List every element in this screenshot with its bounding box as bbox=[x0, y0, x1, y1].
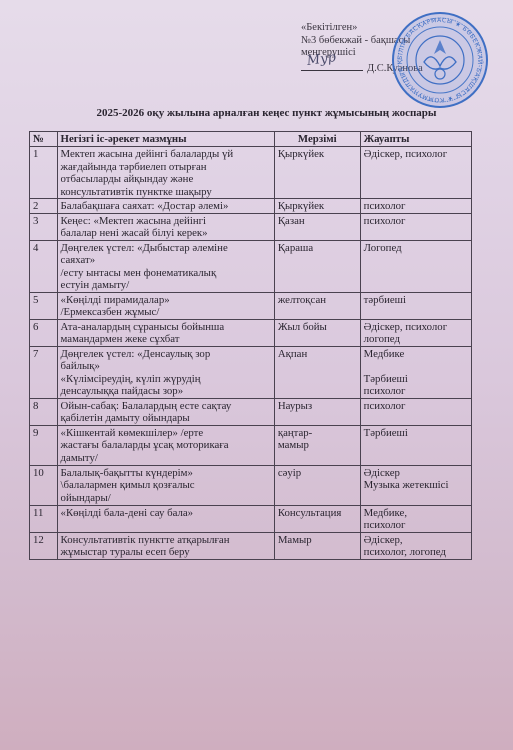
cell-activity-line: отбасыларды айқындау және bbox=[61, 173, 271, 186]
table-row: 7Дөңгелек үстел: «Денсаулық зорбайлық»«К… bbox=[30, 346, 472, 398]
cell-activity-line: «Көңілді пирамидалар» bbox=[61, 294, 271, 307]
cell-activity: «Көңілді бала-дені сау бала» bbox=[57, 505, 274, 532]
cell-activity: Балабақшаға саяхат: «Достар әлемі» bbox=[57, 199, 274, 214]
table-row: 4Дөңгелек үстел: «Дыбыстар әлемінесаяхат… bbox=[30, 240, 472, 292]
cell-term: Наурыз bbox=[274, 398, 360, 425]
cell-activity-line: мамандармен жеке сұхбат bbox=[61, 333, 271, 346]
cell-term-line: Қыркүйек bbox=[278, 200, 357, 213]
cell-activity-line: «Күлімсіреудің, күліп жүрудің bbox=[61, 373, 271, 386]
cell-number: 4 bbox=[30, 240, 58, 292]
cell-activity-line: қабілетін дамыту ойындары bbox=[61, 412, 271, 425]
cell-responsible-line: логопед bbox=[364, 333, 468, 346]
cell-term: қаңтар-мамыр bbox=[274, 425, 360, 465]
cell-responsible: Тәрбиеші bbox=[360, 425, 471, 465]
cell-responsible: Әдіскер, психологлогопед bbox=[360, 319, 471, 346]
cell-responsible-line: тәрбиеші bbox=[364, 294, 468, 307]
cell-activity-line bbox=[61, 519, 271, 532]
table-row: 6Ата-аналардың сұранысы бойыншамамандарм… bbox=[30, 319, 472, 346]
table-row: 10 Балалық-бақытты күндерім»\балалармен … bbox=[30, 465, 472, 505]
cell-activity: «Көңілді пирамидалар»/Ермексазбен жұмыс/ bbox=[57, 292, 274, 319]
cell-activity-line: Ойын-сабақ: Балалардың есте сақтау bbox=[61, 400, 271, 413]
cell-responsible-line: психолог bbox=[364, 200, 468, 213]
signature: Мур bbox=[306, 52, 337, 68]
cell-activity: Дөңгелек үстел: «Дыбыстар әлемінесаяхат»… bbox=[57, 240, 274, 292]
cell-term-line: Консультация bbox=[278, 507, 357, 520]
cell-number: 2 bbox=[30, 199, 58, 214]
cell-activity-line: «Көңілді бала-дені сау бала» bbox=[61, 507, 271, 520]
table-row: 5«Көңілді пирамидалар»/Ермексазбен жұмыс… bbox=[30, 292, 472, 319]
cell-activity-line: денсаулыққа пайдасы зор» bbox=[61, 385, 271, 398]
cell-responsible-line: Медбике, bbox=[364, 507, 468, 520]
cell-activity-line: «Кішкентай көмекшілер» /ерте bbox=[61, 427, 271, 440]
cell-number: 10 bbox=[30, 465, 58, 505]
header-term: Мерзімі bbox=[274, 132, 360, 147]
cell-term-line: Қараша bbox=[278, 242, 357, 255]
cell-activity-line: Консультативтік пунктте атқарылған bbox=[61, 534, 271, 547]
cell-responsible-line: Тәрбиеші bbox=[364, 373, 468, 386]
cell-term-line: сәуір bbox=[278, 467, 357, 480]
cell-activity-line: Ата-аналардың сұранысы бойынша bbox=[61, 321, 271, 334]
cell-responsible-line: психолог bbox=[364, 519, 468, 532]
header-number: № bbox=[30, 132, 58, 147]
cell-number: 3 bbox=[30, 213, 58, 240]
cell-activity: Кеңес: «Мектеп жасына дейінгібалалар нен… bbox=[57, 213, 274, 240]
cell-activity-line: жағдайында тәрбиелеп отырған bbox=[61, 161, 271, 174]
document-title: 2025-2026 оқу жылына арналған кеңес пунк… bbox=[0, 107, 513, 119]
table-row: 8Ойын-сабақ: Балалардың есте сақтауқабіл… bbox=[30, 398, 472, 425]
document-page: «Бекітілген» №3 бөбекжай - бақшасы меңге… bbox=[0, 0, 513, 750]
cell-number: 6 bbox=[30, 319, 58, 346]
cell-responsible-line: психолог, логопед bbox=[364, 546, 468, 559]
cell-term: Ақпан bbox=[274, 346, 360, 398]
cell-activity-line: саяхат» bbox=[61, 254, 271, 267]
cell-responsible-line: Әдіскер, bbox=[364, 534, 468, 547]
cell-term-line: желтоқсан bbox=[278, 294, 357, 307]
cell-activity-line: жастағы балаларды ұсақ моторикаға bbox=[61, 439, 271, 452]
table-header-row: № Негізгі іс-әрекет мазмұны Мерзімі Жауа… bbox=[30, 132, 472, 147]
cell-number: 1 bbox=[30, 147, 58, 199]
cell-responsible: Медбике,психолог bbox=[360, 505, 471, 532]
cell-responsible-line: Логопед bbox=[364, 242, 468, 255]
cell-activity-line: Балалық-бақытты күндерім» bbox=[61, 467, 271, 480]
cell-responsible: МедбикеТәрбиешіпсихолог bbox=[360, 346, 471, 398]
cell-activity-line: Кеңес: «Мектеп жасына дейінгі bbox=[61, 215, 271, 228]
cell-activity-line: балалар нені жасай білуі керек» bbox=[61, 227, 271, 240]
plan-table: № Негізгі іс-әрекет мазмұны Мерзімі Жауа… bbox=[29, 131, 472, 560]
cell-term-line: Жыл бойы bbox=[278, 321, 357, 334]
cell-activity-line: /есту ынтасы мен фонематикалық bbox=[61, 267, 271, 280]
cell-term: желтоқсан bbox=[274, 292, 360, 319]
cell-term: Жыл бойы bbox=[274, 319, 360, 346]
cell-activity-line: дамыту/ bbox=[61, 452, 271, 465]
cell-term: Мамыр bbox=[274, 532, 360, 559]
table-row: 11«Көңілді бала-дені сау бала»Консультац… bbox=[30, 505, 472, 532]
cell-responsible-line: психолог bbox=[364, 385, 468, 398]
table-row: 12Консультативтік пунктте атқарылғанжұмы… bbox=[30, 532, 472, 559]
cell-term: Қыркүйек bbox=[274, 147, 360, 199]
table-row: 1Мектеп жасына дейінгі балаларды үйжағда… bbox=[30, 147, 472, 199]
cell-responsible-line: Тәрбиеші bbox=[364, 427, 468, 440]
cell-term: Консультация bbox=[274, 505, 360, 532]
cell-responsible-line: Әдіскер bbox=[364, 467, 468, 480]
cell-responsible: Әдіскер,психолог, логопед bbox=[360, 532, 471, 559]
cell-term: сәуір bbox=[274, 465, 360, 505]
cell-number: 8 bbox=[30, 398, 58, 425]
header-responsible: Жауапты bbox=[360, 132, 471, 147]
cell-activity-line: Дөңгелек үстел: «Дыбыстар әлеміне bbox=[61, 242, 271, 255]
cell-activity-line: консультативтік пунктке шақыру bbox=[61, 186, 271, 199]
signature-line: Мур bbox=[301, 60, 363, 71]
cell-responsible-line: Әдіскер, психолог bbox=[364, 148, 468, 161]
cell-responsible: психолог bbox=[360, 398, 471, 425]
cell-activity-line: байлық» bbox=[61, 360, 271, 373]
cell-number: 5 bbox=[30, 292, 58, 319]
official-stamp-icon: БІЛІМ БАСҚАРМАСЫ ★ БӨБЕКЖАЙ-БАҚШАСЫ ★ КО… bbox=[390, 10, 490, 110]
cell-activity-line: жұмыстар туралы есеп беру bbox=[61, 546, 271, 559]
cell-term-line: қаңтар- bbox=[278, 427, 357, 440]
cell-number: 9 bbox=[30, 425, 58, 465]
cell-term: Қараша bbox=[274, 240, 360, 292]
cell-responsible: тәрбиеші bbox=[360, 292, 471, 319]
cell-activity: Консультативтік пунктте атқарылғанжұмыст… bbox=[57, 532, 274, 559]
cell-activity-line: естуін дамыту/ bbox=[61, 279, 271, 292]
cell-term-line: Ақпан bbox=[278, 348, 357, 361]
cell-activity: Ата-аналардың сұранысы бойыншамамандарме… bbox=[57, 319, 274, 346]
cell-term-line: Қыркүйек bbox=[278, 148, 357, 161]
cell-responsible-line: Әдіскер, психолог bbox=[364, 321, 468, 334]
cell-responsible: Логопед bbox=[360, 240, 471, 292]
cell-responsible: психолог bbox=[360, 199, 471, 214]
cell-activity: «Кішкентай көмекшілер» /ертежастағы бала… bbox=[57, 425, 274, 465]
cell-activity: Балалық-бақытты күндерім»\балалармен қим… bbox=[57, 465, 274, 505]
cell-responsible-line bbox=[364, 360, 468, 373]
cell-responsible-line: Медбике bbox=[364, 348, 468, 361]
cell-activity-line: Балабақшаға саяхат: «Достар әлемі» bbox=[61, 200, 271, 213]
cell-responsible-line: Музыка жетекшісі bbox=[364, 479, 468, 492]
cell-activity-line: \балалармен қимыл қозғалыс bbox=[61, 479, 271, 492]
cell-activity-line: Мектеп жасына дейінгі балаларды үй bbox=[61, 148, 271, 161]
cell-number: 12 bbox=[30, 532, 58, 559]
cell-activity-line: ойындары/ bbox=[61, 492, 271, 505]
table-row: 2Балабақшаға саяхат: «Достар әлемі»Қыркү… bbox=[30, 199, 472, 214]
cell-term-line: Қазан bbox=[278, 215, 357, 228]
cell-term: Қазан bbox=[274, 213, 360, 240]
cell-activity-line: Дөңгелек үстел: «Денсаулық зор bbox=[61, 348, 271, 361]
cell-responsible: Әдіскер, психолог bbox=[360, 147, 471, 199]
cell-term: Қыркүйек bbox=[274, 199, 360, 214]
cell-responsible: ӘдіскерМузыка жетекшісі bbox=[360, 465, 471, 505]
cell-activity-line: /Ермексазбен жұмыс/ bbox=[61, 306, 271, 319]
cell-responsible-line: психолог bbox=[364, 400, 468, 413]
header-activity: Негізгі іс-әрекет мазмұны bbox=[57, 132, 274, 147]
cell-number: 11 bbox=[30, 505, 58, 532]
cell-activity: Мектеп жасына дейінгі балаларды үйжағдай… bbox=[57, 147, 274, 199]
cell-activity: Ойын-сабақ: Балалардың есте сақтауқабіле… bbox=[57, 398, 274, 425]
cell-number: 7 bbox=[30, 346, 58, 398]
cell-term-line: Мамыр bbox=[278, 534, 357, 547]
cell-term-line: Наурыз bbox=[278, 400, 357, 413]
cell-responsible: психолог bbox=[360, 213, 471, 240]
table-row: 9«Кішкентай көмекшілер» /ертежастағы бал… bbox=[30, 425, 472, 465]
cell-responsible-line: психолог bbox=[364, 215, 468, 228]
table-row: 3Кеңес: «Мектеп жасына дейінгібалалар не… bbox=[30, 213, 472, 240]
table-body: 1Мектеп жасына дейінгі балаларды үйжағда… bbox=[30, 147, 472, 560]
cell-activity: Дөңгелек үстел: «Денсаулық зорбайлық»«Кү… bbox=[57, 346, 274, 398]
cell-term-line: мамыр bbox=[278, 439, 357, 452]
